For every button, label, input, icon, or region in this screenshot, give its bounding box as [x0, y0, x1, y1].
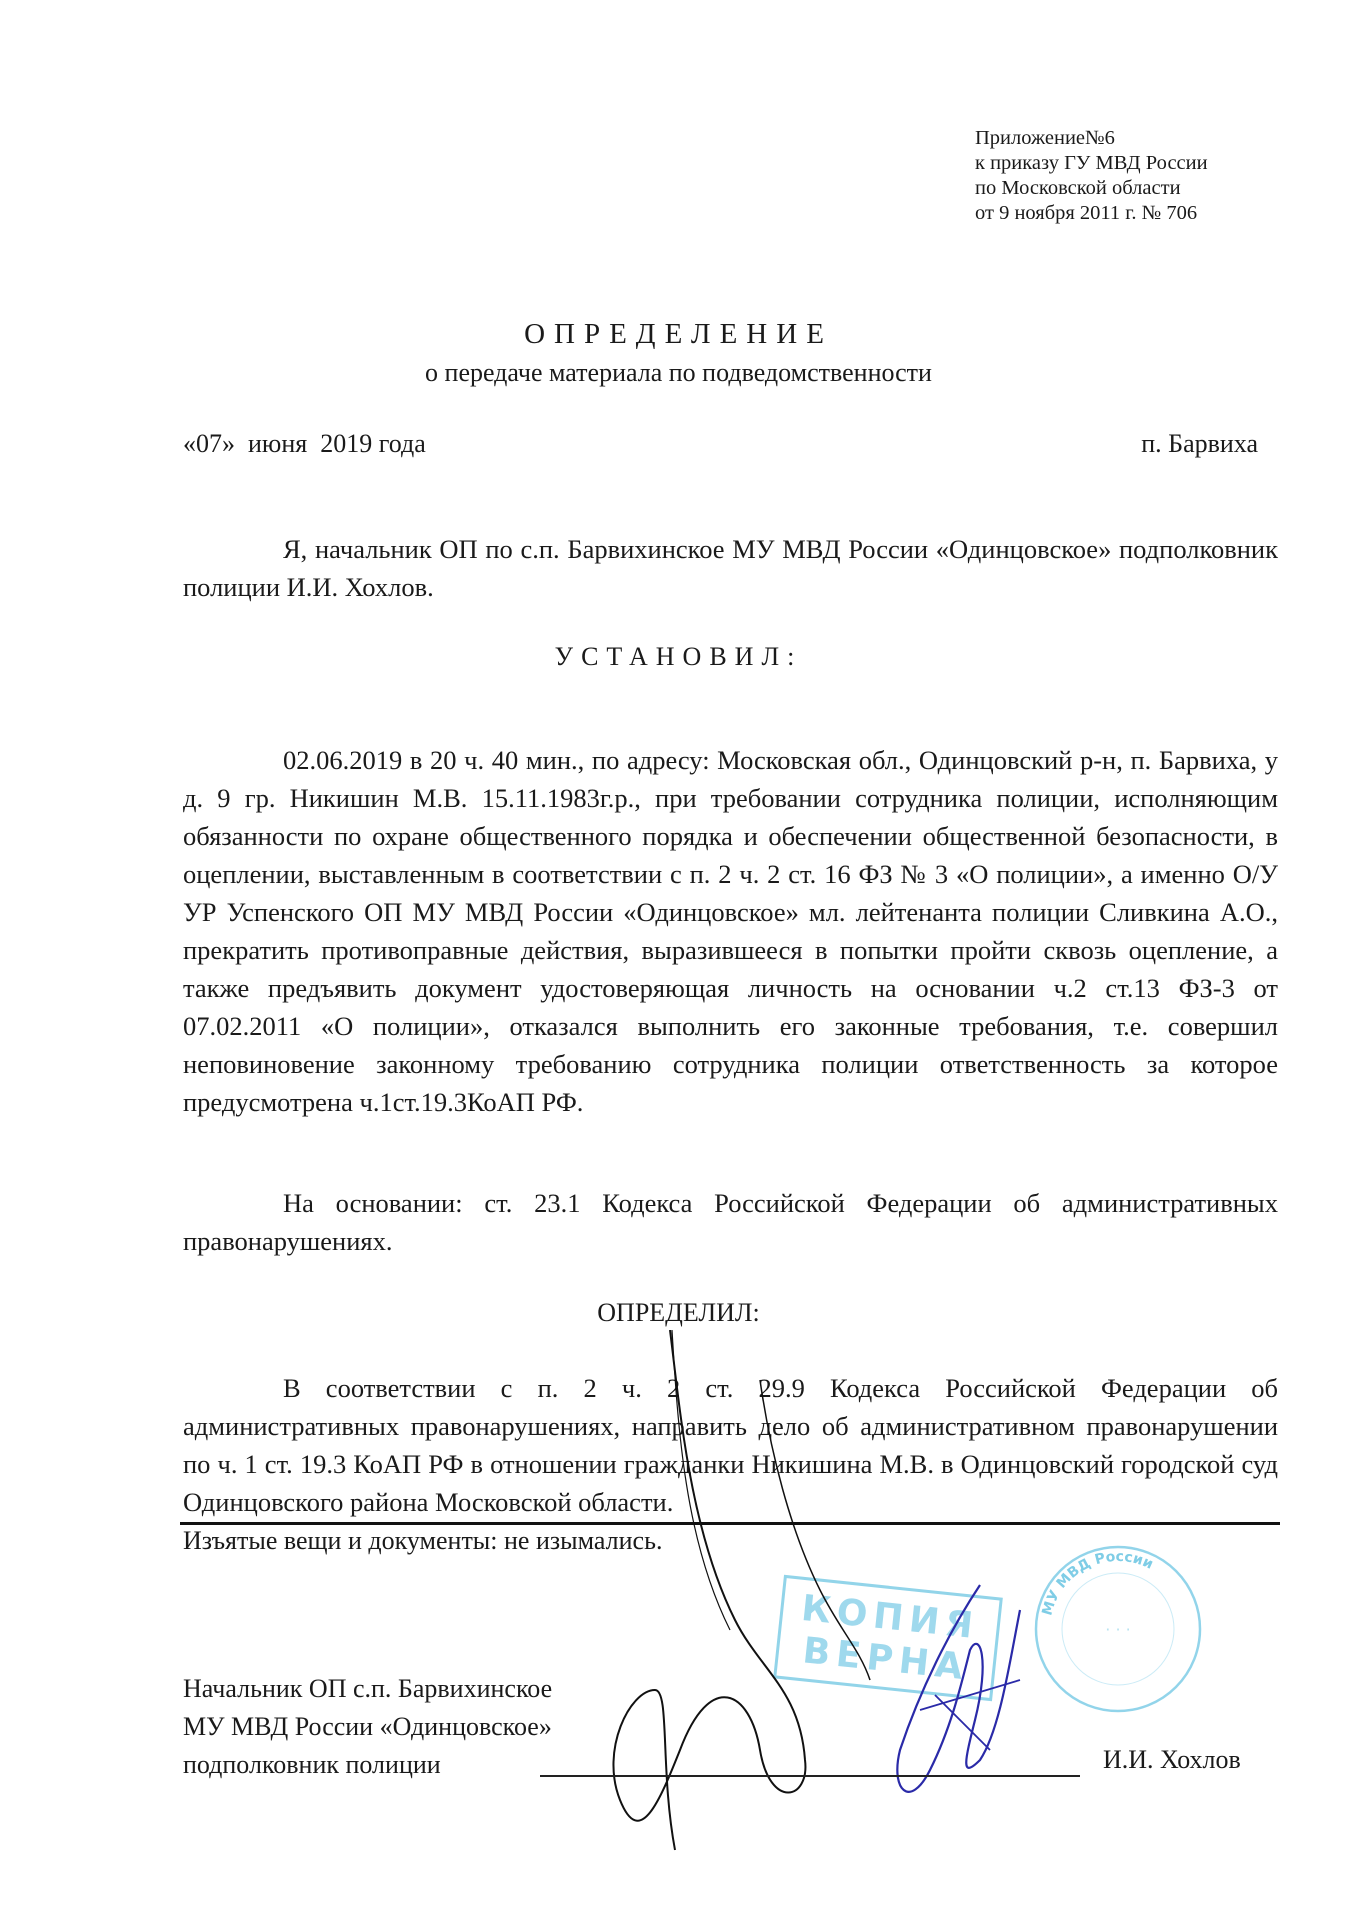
established-text: 02.06.2019 в 20 ч. 40 мин., по адресу: М…	[183, 745, 1278, 1117]
seized-items: Изъятые вещи и документы: не изымались.	[183, 1526, 662, 1556]
established-paragraph: 02.06.2019 в 20 ч. 40 мин., по адресу: М…	[183, 741, 1278, 1121]
established-heading: УСТАНОВИЛ:	[0, 642, 1357, 672]
signatory-position: Начальник ОП с.п. Барвихинское МУ МВД Ро…	[183, 1670, 552, 1784]
position-line: МУ МВД России «Одинцовское»	[183, 1708, 552, 1746]
official-seal-icon: МУ МВД России · · ·	[1032, 1543, 1204, 1715]
intro-text: Я, начальник ОП по с.п. Барвихинское МУ …	[183, 534, 1278, 602]
appendix-line: по Московской области	[975, 176, 1208, 201]
date-place-line: «07» июня 2019 года п. Барвиха	[183, 429, 1258, 459]
position-line: подполковник полиции	[183, 1746, 552, 1784]
basis-text: На основании: ст. 23.1 Кодекса Российско…	[183, 1188, 1278, 1256]
decided-heading: ОПРЕДЕЛИЛ:	[0, 1298, 1357, 1328]
document-place: п. Барвиха	[1141, 429, 1258, 459]
svg-text:МУ МВД России: МУ МВД России	[1039, 1549, 1155, 1617]
appendix-line: от 9 ноября 2011 г. № 706	[975, 201, 1208, 226]
separator-rule	[180, 1522, 1280, 1525]
signatory-name: И.И. Хохлов	[1103, 1745, 1241, 1775]
signature-line	[540, 1775, 1080, 1777]
appendix-line: Приложение№6	[975, 126, 1208, 151]
decided-paragraph: В соответствии с п. 2 ч. 2 ст. 29.9 Коде…	[183, 1369, 1278, 1521]
intro-paragraph: Я, начальник ОП по с.п. Барвихинское МУ …	[183, 530, 1278, 606]
decided-text: В соответствии с п. 2 ч. 2 ст. 29.9 Коде…	[183, 1373, 1278, 1517]
document-subtitle: о передаче материала по подведомственнос…	[0, 358, 1357, 388]
appendix-reference: Приложение№6 к приказу ГУ МВД России по …	[975, 126, 1208, 226]
svg-text:· · ·: · · ·	[1105, 1620, 1130, 1639]
copy-certified-stamp: КОПИЯ ВЕРНА	[773, 1575, 1003, 1701]
document-title: ОПРЕДЕЛЕНИЕ	[0, 318, 1357, 351]
position-line: Начальник ОП с.п. Барвихинское	[183, 1670, 552, 1708]
basis-paragraph: На основании: ст. 23.1 Кодекса Российско…	[183, 1184, 1278, 1260]
document-date: «07» июня 2019 года	[183, 429, 426, 459]
appendix-line: к приказу ГУ МВД России	[975, 151, 1208, 176]
